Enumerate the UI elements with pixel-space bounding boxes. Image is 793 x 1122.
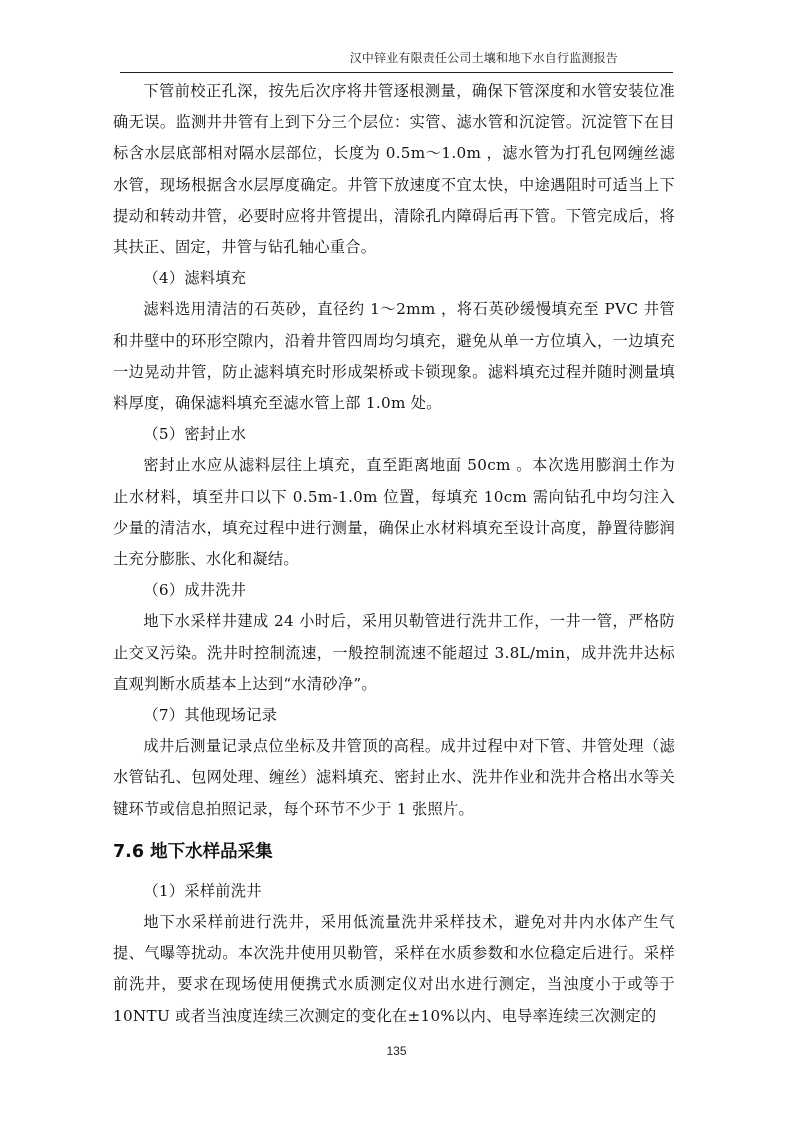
subheading-pre-sampling-purge: （1）采样前洗井 — [113, 876, 675, 907]
paragraph-well-development: 地下水采样井建成 24 小时后，采用贝勒管进行洗井工作，一井一管，严格防止交叉污… — [113, 606, 675, 700]
paragraph-field-records: 成井后测量记录点位坐标及井管顶的高程。成井过程中对下管、井管处理（滤水管钻孔、包… — [113, 731, 675, 825]
subheading-seal: （5）密封止水 — [113, 419, 675, 450]
document-page: 汉中锌业有限责任公司土壤和地下水自行监测报告 下管前校正孔深，按先后次序将井管逐… — [0, 0, 793, 1122]
running-header: 汉中锌业有限责任公司土壤和地下水自行监测报告 — [120, 50, 673, 66]
paragraph-well-pipe-installation: 下管前校正孔深，按先后次序将井管逐根测量，确保下管深度和水管安装位准确无误。监测… — [113, 76, 675, 263]
subheading-well-development: （6）成井洗井 — [113, 575, 675, 606]
paragraph-pre-sampling-purge: 地下水采样前进行洗井，采用低流量洗井采样技术，避免对井内水体产生气提、气曝等扰动… — [113, 907, 675, 1032]
paragraph-seal: 密封止水应从滤料层往上填充，直至距离地面 50cm 。本次选用膨润土作为止水材料… — [113, 450, 675, 575]
header-divider — [120, 72, 673, 73]
section-heading-groundwater-sampling: 7.6 地下水样品采集 — [113, 840, 675, 864]
page-number: 135 — [0, 1044, 793, 1058]
page-body: 下管前校正孔深，按先后次序将井管逐根测量，确保下管深度和水管安装位准确无误。监测… — [113, 76, 675, 1032]
subheading-field-records: （7）其他现场记录 — [113, 700, 675, 731]
paragraph-filter-fill: 滤料选用清洁的石英砂，直径约 1～2mm ，将石英砂缓慢填充至 PVC 井管和井… — [113, 294, 675, 419]
subheading-filter-fill: （4）滤料填充 — [113, 263, 675, 294]
